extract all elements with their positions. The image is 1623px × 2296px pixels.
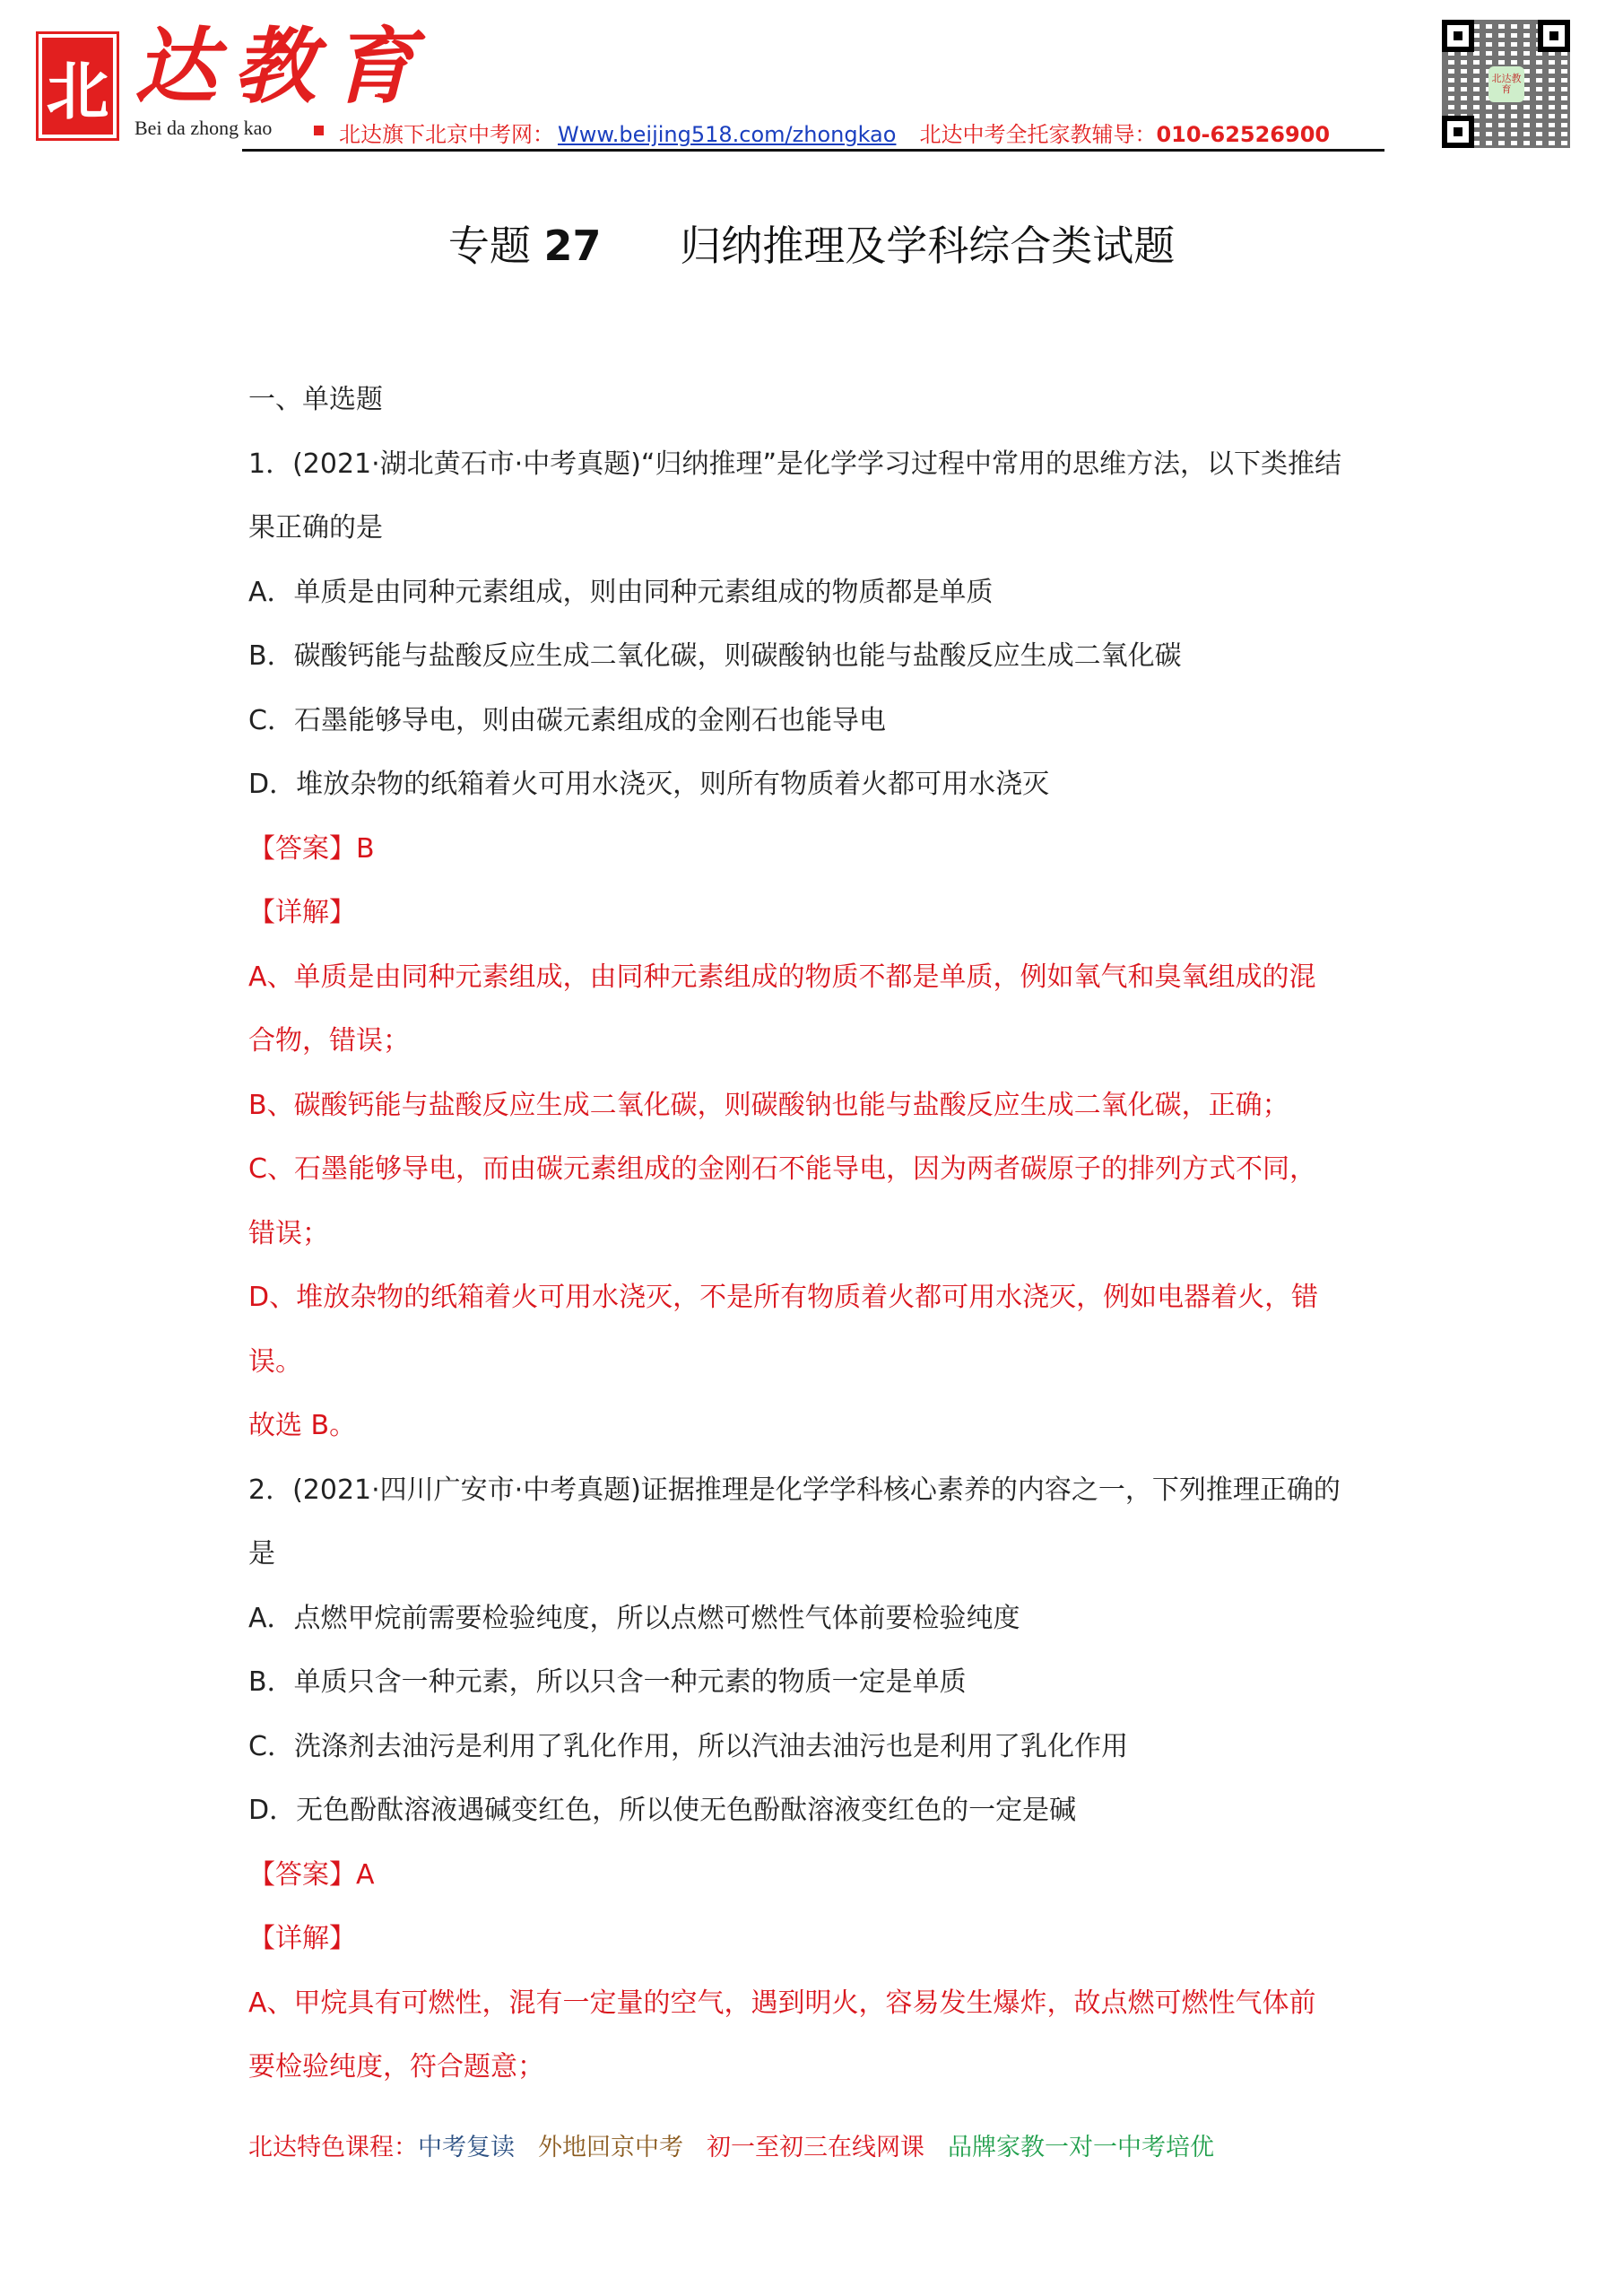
answer: 【答案】B <box>248 817 1396 882</box>
detail-line: C、石墨能够导电，而由碳元素组成的金刚石不能导电，因为两者碳原子的排列方式不同， <box>248 1137 1396 1202</box>
page-title: 专题 27 归纳推理及学科综合类试题 <box>0 213 1623 273</box>
header-contact-line: 北达旗下北京中考网：Www.beijing518.com/zhongkao北达中… <box>339 117 1330 148</box>
qr-finder-top-left <box>1442 20 1474 52</box>
title-gap <box>601 222 680 270</box>
detail-line: A、单质是由同种元素组成，由同种元素组成的物质不都是单质，例如氧气和臭氧组成的混 <box>248 945 1396 1010</box>
title-text: 归纳推理及学科综合类试题 <box>680 222 1175 270</box>
option-b: B．单质只含一种元素，所以只含一种元素的物质一定是单质 <box>248 1650 1396 1715</box>
section-heading: 一、单选题 <box>248 368 1396 432</box>
detail-line: D、堆放杂物的纸箱着火可用水浇灭，不是所有物质着火都可用水浇灭，例如电器着火，错 <box>248 1265 1396 1330</box>
option-c: C．洗涤剂去油污是利用了乳化作用，所以汽油去油污也是利用了乳化作用 <box>248 1715 1396 1779</box>
footer-courses: 北达特色课程：中考复读外地回京中考初一至初三在线网课品牌家教一对一中考培优 <box>248 2127 1237 2162</box>
course-tutoring[interactable]: 品牌家教一对一中考培优 <box>948 2134 1214 2161</box>
detail-line: 误。 <box>248 1330 1396 1395</box>
detail-label: 【详解】 <box>248 1907 1396 1971</box>
detail-conclusion: 故选 B。 <box>248 1394 1396 1458</box>
option-c: C．石墨能够导电，则由碳元素组成的金刚石也能导电 <box>248 689 1396 753</box>
logo-text: 达教育 <box>135 25 430 108</box>
tutor-phone: 010-62526900 <box>1156 122 1330 147</box>
option-d: D．无色酚酞溶液遇碱变红色，所以使无色酚酞溶液变红色的一定是碱 <box>248 1779 1396 1843</box>
qr-finder-bottom-left <box>1442 116 1474 148</box>
detail-line: A、甲烷具有可燃性，混有一定量的空气，遇到明火，容易发生爆炸，故点燃可燃性气体前 <box>248 1971 1396 2036</box>
logo-seal-char: 北 <box>42 38 113 135</box>
option-b: B．碳酸钙能与盐酸反应生成二氧化碳，则碳酸钠也能与盐酸反应生成二氧化碳 <box>248 624 1396 689</box>
qr-finder-top-right <box>1538 20 1570 52</box>
question-stem: 果正确的是 <box>248 496 1396 561</box>
detail-label: 【详解】 <box>248 881 1396 945</box>
answer: 【答案】A <box>248 1843 1396 1908</box>
course-online[interactable]: 初一至初三在线网课 <box>707 2134 924 2161</box>
header-divider <box>242 149 1384 152</box>
detail-line: B、碳酸钙能与盐酸反应生成二氧化碳，则碳酸钠也能与盐酸反应生成二氧化碳，正确； <box>248 1074 1396 1138</box>
course-return-beijing[interactable]: 外地回京中考 <box>538 2134 683 2161</box>
course-repeat[interactable]: 中考复读 <box>418 2134 515 2161</box>
question-1: 1．(2021·湖北黄石市·中考真题)“归纳推理”是化学学习过程中常用的思维方法… <box>248 432 1396 1458</box>
question-stem: 1．(2021·湖北黄石市·中考真题)“归纳推理”是化学学习过程中常用的思维方法… <box>248 432 1396 497</box>
question-stem: 是 <box>248 1522 1396 1587</box>
detail-line: 错误； <box>248 1202 1396 1266</box>
site-label: 北达旗下北京中考网： <box>339 122 554 147</box>
logo-seal: 北 <box>36 31 119 141</box>
logo-pinyin: Bei da zhong kao <box>135 117 272 140</box>
site-link[interactable]: Www.beijing518.com/zhongkao <box>558 122 896 147</box>
footer-label: 北达特色课程： <box>248 2134 418 2161</box>
detail-line: 合物，错误； <box>248 1009 1396 1074</box>
option-a: A．点燃甲烷前需要检验纯度，所以点燃可燃性气体前要检验纯度 <box>248 1587 1396 1651</box>
document-body: 一、单选题 1．(2021·湖北黄石市·中考真题)“归纳推理”是化学学习过程中常… <box>248 368 1396 2100</box>
title-number: 27 <box>543 222 601 270</box>
title-prefix: 专题 <box>448 222 544 270</box>
question-stem: 2．(2021·四川广安市·中考真题)证据推理是化学学科核心素养的内容之一，下列… <box>248 1458 1396 1523</box>
question-2: 2．(2021·四川广安市·中考真题)证据推理是化学学科核心素养的内容之一，下列… <box>248 1458 1396 2100</box>
option-d: D．堆放杂物的纸箱着火可用水浇灭，则所有物质着火都可用水浇灭 <box>248 752 1396 817</box>
tutor-label: 北达中考全托家教辅导： <box>919 122 1156 147</box>
option-a: A．单质是由同种元素组成，则由同种元素组成的物质都是单质 <box>248 561 1396 625</box>
detail-line: 要检验纯度，符合题意； <box>248 2035 1396 2100</box>
qr-center-logo: 北达教育 <box>1488 66 1524 102</box>
qr-code-icon: 北达教育 <box>1442 20 1570 148</box>
bullet-square-icon <box>314 126 324 135</box>
